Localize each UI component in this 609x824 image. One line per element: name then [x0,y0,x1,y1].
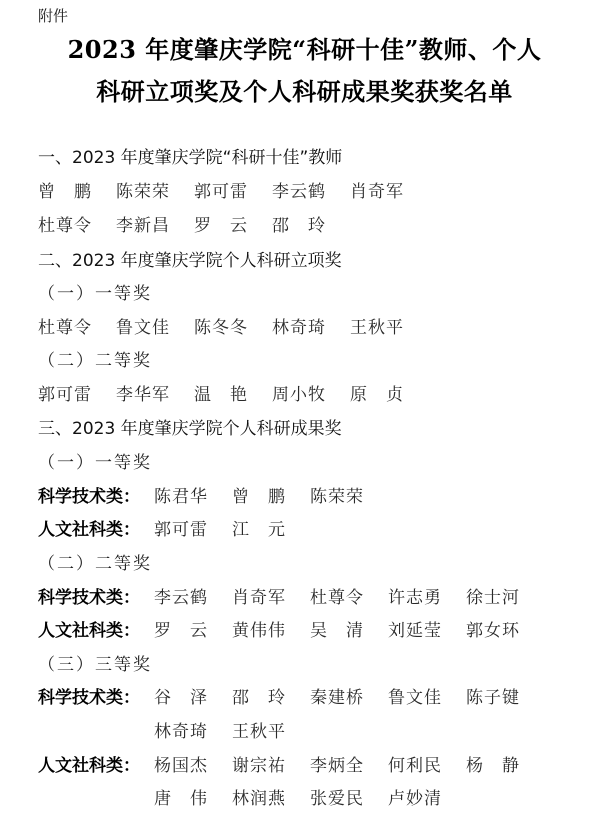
category-label: 科学技术类： [38,686,154,710]
section3-heading: 三、2023 年度肇庆学院个人科研成果奖 [38,417,342,441]
document-title-line2: 科研立项奖及个人科研成果奖获奖名单 [0,74,609,110]
section3-third-prize-humanities-row2: 唐 伟 林润燕 张爱民 卢妙清 [38,787,466,811]
name-item: 肖奇军 [350,180,428,204]
name-item: 陈荣荣 [310,485,388,509]
name-item: 杜尊令 [38,214,116,238]
name-item: 许志勇 [388,586,466,610]
name-item: 张爱民 [310,787,388,811]
section3-first-prize-science: 科学技术类： 陈君华 曾 鹏 陈荣荣 [38,485,388,509]
name-item: 肖奇军 [232,586,310,610]
section3-third-prize-humanities-row1: 人文社科类： 杨国杰 谢宗祐 李炳全 何利民 杨 静 [38,754,544,778]
name-item: 唐 伟 [154,787,232,811]
name-item: 王秋平 [232,720,310,744]
name-item: 鲁文佳 [116,316,194,340]
name-item: 徐士河 [466,586,544,610]
name-item: 谢宗祐 [232,754,310,778]
name-item: 李新昌 [116,214,194,238]
name-item: 秦建桥 [310,686,388,710]
name-item: 何利民 [388,754,466,778]
section1-names-row2: 杜尊令 李新昌 罗 云 邵 玲 [38,214,350,238]
section2-first-prize-names: 杜尊令 鲁文佳 陈冬冬 林奇琦 王秋平 [38,316,428,340]
name-item: 郭可雷 [154,518,232,542]
name-item: 黄伟伟 [232,619,310,643]
section3-second-prize-humanities: 人文社科类： 罗 云 黄伟伟 吴 清 刘延莹 郭女环 [38,619,544,643]
name-item: 李云鹤 [154,586,232,610]
section3-third-prize-science-row1: 科学技术类： 谷 泽 邵 玲 秦建桥 鲁文佳 陈子键 [38,686,544,710]
name-item: 邵 玲 [272,214,350,238]
name-item: 陈子键 [466,686,544,710]
name-item: 吴 清 [310,619,388,643]
name-item: 郭女环 [466,619,544,643]
section3-first-prize-humanities: 人文社科类： 郭可雷 江 元 [38,518,310,542]
section3-second-prize-science: 科学技术类： 李云鹤 肖奇军 杜尊令 许志勇 徐士河 [38,586,544,610]
name-item: 李华军 [116,383,194,407]
attachment-label: 附件 [38,6,68,26]
category-label: 科学技术类： [38,586,154,610]
section2-second-prize-names: 郭可雷 李华军 温 艳 周小牧 原 贞 [38,383,428,407]
name-item: 陈君华 [154,485,232,509]
name-item: 李云鹤 [272,180,350,204]
section2-second-prize-label: （二）二等奖 [38,349,152,373]
section3-first-prize-label: （一）一等奖 [38,451,152,475]
name-item: 鲁文佳 [388,686,466,710]
name-item: 林奇琦 [154,720,232,744]
name-item: 杨国杰 [154,754,232,778]
section3-third-prize-label: （三）三等奖 [38,653,152,677]
name-item: 刘延莹 [388,619,466,643]
name-item: 曾 鹏 [38,180,116,204]
name-item: 林润燕 [232,787,310,811]
name-item: 周小牧 [272,383,350,407]
category-label: 人文社科类： [38,754,154,778]
name-item: 罗 云 [154,619,232,643]
name-item: 郭可雷 [38,383,116,407]
name-item: 郭可雷 [194,180,272,204]
section1-heading: 一、2023 年度肇庆学院“科研十佳”教师 [38,146,342,170]
section1-names-row1: 曾 鹏 陈荣荣 郭可雷 李云鹤 肖奇军 [38,180,428,204]
name-item: 原 贞 [350,383,428,407]
name-item: 谷 泽 [154,686,232,710]
section3-second-prize-label: （二）二等奖 [38,552,152,576]
name-item: 陈荣荣 [116,180,194,204]
document-title-line1: 2023 年度肇庆学院“科研十佳”教师、个人 [0,32,609,68]
name-item: 王秋平 [350,316,428,340]
name-item: 罗 云 [194,214,272,238]
name-item: 卢妙清 [388,787,466,811]
name-item: 陈冬冬 [194,316,272,340]
category-label: 科学技术类： [38,485,154,509]
name-item: 江 元 [232,518,310,542]
category-label: 人文社科类： [38,518,154,542]
name-item: 林奇琦 [272,316,350,340]
name-item: 李炳全 [310,754,388,778]
name-item: 杨 静 [466,754,544,778]
name-item: 杜尊令 [38,316,116,340]
section2-heading: 二、2023 年度肇庆学院个人科研立项奖 [38,249,342,273]
name-item: 杜尊令 [310,586,388,610]
section3-third-prize-science-row2: 林奇琦 王秋平 [38,720,310,744]
category-label: 人文社科类： [38,619,154,643]
name-item: 曾 鹏 [232,485,310,509]
section2-first-prize-label: （一）一等奖 [38,282,152,306]
name-item: 邵 玲 [232,686,310,710]
name-item: 温 艳 [194,383,272,407]
